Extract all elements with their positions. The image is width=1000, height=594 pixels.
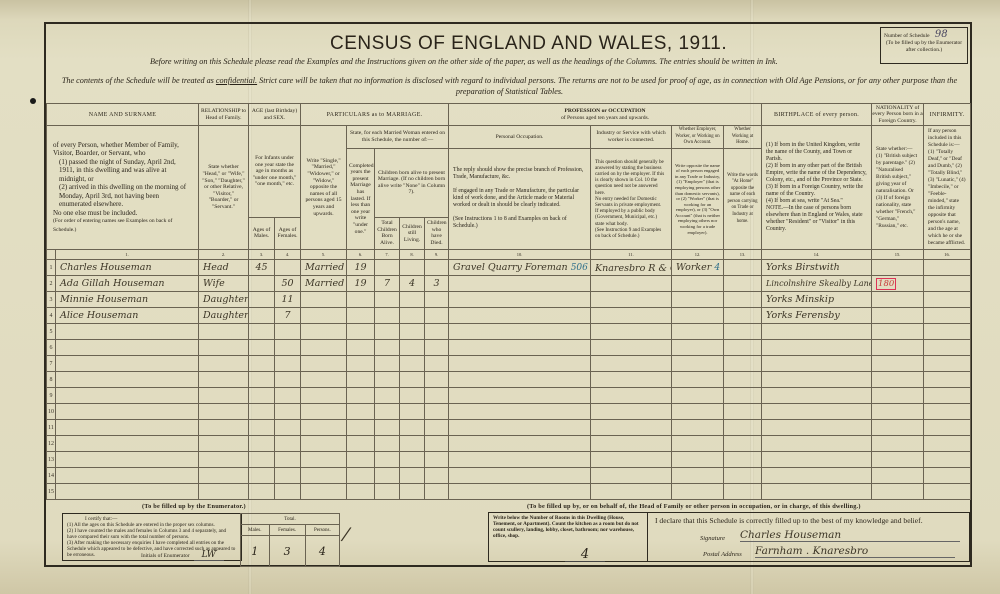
years-married: [347, 292, 375, 308]
schedule-number-note: (To be filled up by the Enumerator after…: [884, 40, 964, 54]
age-male: [249, 292, 275, 308]
birthplace: Lincolnshire Skealby Lane: [762, 276, 872, 292]
nationality: [872, 260, 924, 276]
age-female: 50: [275, 276, 301, 292]
person-name: Charles Houseman: [56, 260, 199, 276]
header-birthplace: BIRTHPLACE of every person.: [762, 104, 872, 126]
relationship: Daughter: [199, 308, 249, 324]
postal-address-value: Farnham . Knaresbro: [755, 545, 955, 558]
industry: Knaresbro R & Co409: [591, 260, 672, 276]
employment-code: 4: [714, 263, 720, 273]
header-nationality: NATIONALITY of every Person born in a Fo…: [872, 104, 924, 126]
table-row: 7: [47, 356, 971, 372]
rooms-description: Write below the Number of Rooms in this …: [493, 515, 643, 539]
header-name: NAME AND SURNAME: [47, 104, 199, 126]
enumerator-totals: Total. Males.Females.Persons. 134: [240, 513, 340, 567]
personal-occupation-description: The reply should show the precise branch…: [449, 148, 591, 249]
age-male: 45: [249, 260, 275, 276]
children-born: [375, 292, 400, 308]
employment-status: [672, 276, 724, 292]
died-label: Children who have Died.: [425, 217, 449, 249]
employment-status: Worker 4: [672, 260, 724, 276]
nationality-description: State whether:— (1) "British subject by …: [872, 126, 924, 250]
occupation-code: 506: [571, 263, 588, 273]
household-section-label: (To be filled up by, or on behalf of, th…: [527, 503, 861, 510]
enumerator-section-label: (To be filled up by the Enumerator.): [142, 503, 246, 510]
nationality: [872, 308, 924, 324]
infirmity: [924, 292, 971, 308]
infirmity: [924, 308, 971, 324]
employer-description: Write opposite the name of each person e…: [672, 148, 724, 249]
rooms-count: 4: [565, 548, 605, 562]
table-row: 13: [47, 452, 971, 468]
industry-label: Industry or Service with which worker is…: [591, 126, 672, 149]
ages-males-label: Ages of Males.: [249, 217, 275, 249]
census-table: NAME AND SURNAME RELATIONSHIP to Head of…: [46, 103, 971, 500]
confidentiality-notice: The contents of the Schedule will be tre…: [57, 75, 962, 97]
infirmity: [924, 260, 971, 276]
table-row: 10: [47, 404, 971, 420]
relationship: Daughter: [199, 292, 249, 308]
ages-females-label: Ages of Females.: [275, 217, 301, 249]
person-name: Minnie Houseman: [56, 292, 199, 308]
occupation: [449, 292, 591, 308]
nationality: [872, 292, 924, 308]
children-died: [425, 308, 449, 324]
table-row: 8: [47, 372, 971, 388]
relationship: Wife: [199, 276, 249, 292]
table-row: 4 Alice Houseman Daughter 7 Yorks Ferens…: [47, 308, 971, 324]
years-married-description: Completed years the present Marriage has…: [347, 148, 375, 249]
working-at-home: [724, 308, 762, 324]
header-age: AGE (last Birthday) and SEX.: [249, 104, 301, 126]
marital-condition: Married: [301, 276, 347, 292]
industry-description: This question should generally be answer…: [591, 148, 672, 249]
birthplace: Yorks Birstwith: [762, 260, 872, 276]
working-at-home: [724, 276, 762, 292]
years-married: [347, 308, 375, 324]
children-born: [375, 308, 400, 324]
birthplace: Yorks Minskip: [762, 292, 872, 308]
total-males: 1: [241, 536, 270, 567]
infirmity-description: If any person included in this Schedule …: [924, 126, 971, 250]
married-women-description: State, for each Married Woman entered on…: [347, 126, 449, 149]
children-description: Children born alive to present Marriage.…: [375, 148, 449, 217]
signature-value: Charles Houseman: [740, 529, 960, 542]
industry: [591, 276, 672, 292]
enumerator-initials: Initials of EnumeratorLW: [141, 552, 224, 559]
occupation: [449, 308, 591, 324]
table-row: 2 Ada Gillah Houseman Wife 50 Married 19…: [47, 276, 971, 292]
working-at-home: [724, 292, 762, 308]
schedule-number-box: Number of Schedule 98 (To be filled up b…: [880, 27, 968, 64]
header-profession: PROFESSION or OCCUPATIONof Persons aged …: [449, 104, 762, 126]
table-row: 12: [47, 436, 971, 452]
age-description: For Infants under one year state the age…: [249, 126, 301, 218]
years-married: 19: [347, 260, 375, 276]
table-row: 5: [47, 324, 971, 340]
nationality: 180: [872, 276, 924, 292]
table-row: 11: [47, 420, 971, 436]
still-living-label: Children still Living.: [400, 217, 425, 249]
table-row: 14: [47, 468, 971, 484]
employment-status: [672, 308, 724, 324]
employer-label: Whether Employer, Worker, or Working on …: [672, 126, 724, 149]
home-description: Write the words "At Home" opposite the n…: [724, 148, 762, 249]
infirmity: [924, 276, 971, 292]
total-persons: 4: [305, 536, 339, 567]
children-died: [425, 260, 449, 276]
instruction-line: Before writing on this Schedule please r…: [150, 57, 890, 66]
enumerator-certification: I certify that:— (1) All the ages on thi…: [62, 513, 242, 561]
schedule-number-value: 98: [935, 29, 948, 40]
relationship-description: State whether "Head," or "Wife," "Son," …: [199, 126, 249, 250]
condition-description: Write "Single," "Married," "Widower," or…: [301, 126, 347, 250]
occupation: [449, 276, 591, 292]
marital-condition: [301, 292, 347, 308]
declaration-text: I declare that this Schedule is correctl…: [655, 516, 923, 525]
employment-status: [672, 292, 724, 308]
children-born: 7: [375, 276, 400, 292]
column-number-row: 1. 2. 3. 4. 5. 6. 7. 8. 9. 10. 11. 12. 1…: [47, 250, 971, 260]
marital-condition: Married: [301, 260, 347, 276]
person-name: Alice Houseman: [56, 308, 199, 324]
document-title: CENSUS OF ENGLAND AND WALES, 1911.: [330, 33, 727, 55]
header-marriage: PARTICULARS as to MARRIAGE.: [301, 104, 449, 126]
header-infirmity: INFIRMITY.: [924, 104, 971, 126]
children-died: [425, 292, 449, 308]
schedule-number-label: Number of Schedule: [884, 33, 930, 39]
children-living: [400, 308, 425, 324]
table-row: 1 Charles Houseman Head 45 Married 19 Gr…: [47, 260, 971, 276]
personal-occupation-label: Personal Occupation.: [449, 126, 591, 149]
signature-label: Signature: [700, 535, 725, 542]
total-females: 3: [269, 536, 305, 567]
census-schedule-page: CENSUS OF ENGLAND AND WALES, 1911. Befor…: [0, 0, 1000, 594]
age-male: [249, 276, 275, 292]
relationship: Head: [199, 260, 249, 276]
years-married: 19: [347, 276, 375, 292]
total-born-label: Total Children Born Alive.: [375, 217, 400, 249]
header-relationship: RELATIONSHIP to Head of Family.: [199, 104, 249, 126]
person-name: Ada Gillah Houseman: [56, 276, 199, 292]
occupation: Gravel Quarry Foreman 506: [449, 260, 591, 276]
children-born: [375, 260, 400, 276]
age-female: 11: [275, 292, 301, 308]
industry: [591, 308, 672, 324]
children-died: 3: [425, 276, 449, 292]
table-row: 9: [47, 388, 971, 404]
children-living: 4: [400, 276, 425, 292]
birthplace: Yorks Ferensby: [762, 308, 872, 324]
table-row: 6: [47, 340, 971, 356]
age-female: 7: [275, 308, 301, 324]
postal-address-label: Postal Address: [703, 551, 742, 558]
industry: [591, 292, 672, 308]
children-living: [400, 260, 425, 276]
rooms-box: Write below the Number of Rooms in this …: [488, 512, 648, 562]
table-row: 3 Minnie Houseman Daughter 11 Yorks Mins…: [47, 292, 971, 308]
working-at-home: [724, 260, 762, 276]
name-description: of every Person, whether Member of Famil…: [47, 126, 199, 250]
home-label: Whether Working at Home.: [724, 126, 762, 149]
birthplace-description: (1) If born in the United Kingdom, write…: [762, 126, 872, 250]
age-female: [275, 260, 301, 276]
marital-condition: [301, 308, 347, 324]
birthplace-code: 180: [876, 278, 896, 290]
children-living: [400, 292, 425, 308]
age-male: [249, 308, 275, 324]
punch-hole: [30, 98, 36, 104]
table-row: 15: [47, 484, 971, 500]
